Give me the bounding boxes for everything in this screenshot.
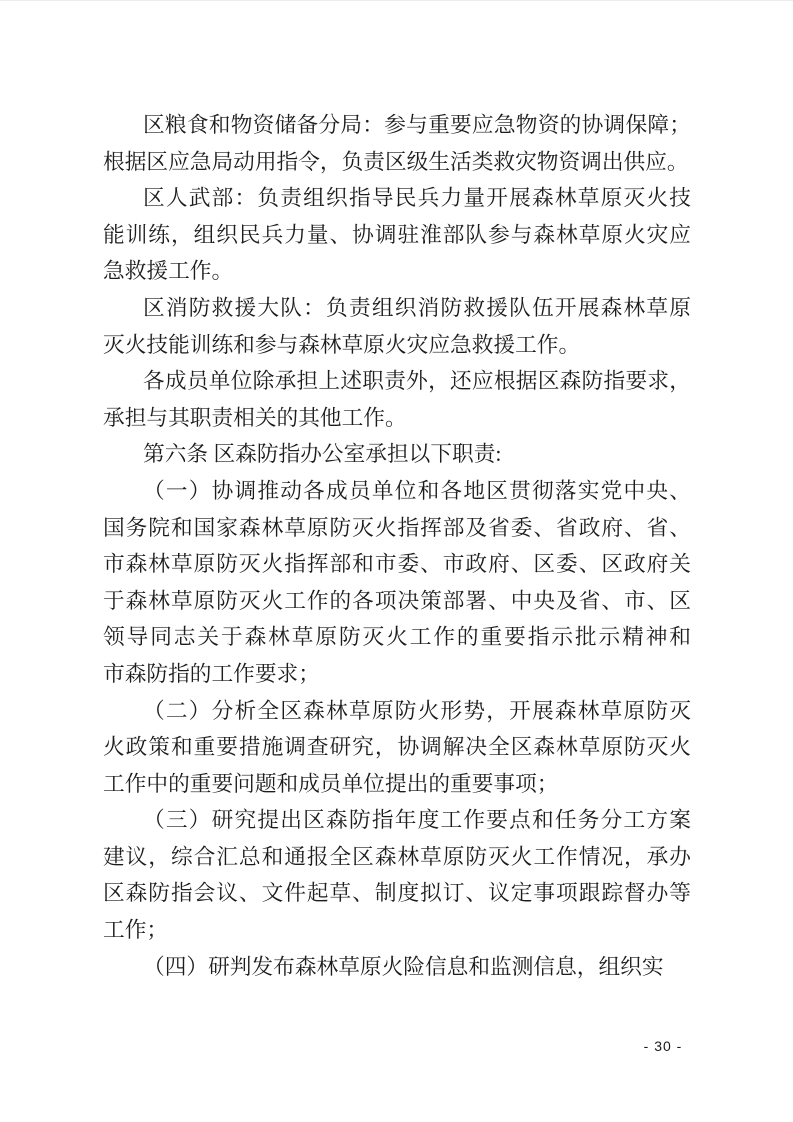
text-line: 领导同志关于森林草原防灭火工作的重要指示批示精神和 bbox=[103, 619, 691, 656]
paragraph: 区粮食和物资储备分局：参与重要应急物资的协调保障；根据区应急局动用指令，负责区级… bbox=[103, 107, 691, 180]
document-page: 区粮食和物资储备分局：参与重要应急物资的协调保障；根据区应急局动用指令，负责区级… bbox=[0, 0, 793, 1122]
paragraph: 各成员单位除承担上述职责外，还应根据区森防指要求，承担与其职责相关的其他工作。 bbox=[103, 363, 691, 436]
text-line: 市森林草原防灭火指挥部和市委、市政府、区委、区政府关 bbox=[103, 546, 691, 583]
text-line: 区森防指会议、文件起草、制度拟订、议定事项跟踪督办等 bbox=[103, 875, 691, 912]
text-line: 能训练，组织民兵力量、协调驻淮部队参与森林草原火灾应 bbox=[103, 217, 691, 254]
text-line: 市森防指的工作要求； bbox=[103, 656, 691, 693]
text-line: 工作； bbox=[103, 912, 691, 949]
text-line: 工作中的重要问题和成员单位提出的重要事项； bbox=[103, 766, 691, 803]
paragraph: 区人武部：负责组织指导民兵力量开展森林草原灭火技能训练，组织民兵力量、协调驻淮部… bbox=[103, 180, 691, 290]
text-line: 国务院和国家森林草原防灭火指挥部及省委、省政府、省、 bbox=[103, 510, 691, 547]
paragraph: 区消防救援大队：负责组织消防救援队伍开展森林草原灭火技能训练和参与森林草原火灾应… bbox=[103, 290, 691, 363]
text-line: 区消防救援大队：负责组织消防救援队伍开展森林草原 bbox=[103, 290, 691, 327]
text-line: 于森林草原防灭火工作的各项决策部署、中央及省、市、区 bbox=[103, 583, 691, 620]
paragraph: （三）研究提出区森防指年度工作要点和任务分工方案建议，综合汇总和通报全区森林草原… bbox=[103, 802, 691, 948]
text-line: 第六条 区森防指办公室承担以下职责: bbox=[103, 436, 691, 473]
text-line: （四）研判发布森林草原火险信息和监测信息，组织实 bbox=[103, 949, 691, 986]
page-number: - 30 - bbox=[613, 1036, 713, 1056]
text-line: 承担与其职责相关的其他工作。 bbox=[103, 400, 691, 437]
paragraph: 第六条 区森防指办公室承担以下职责: bbox=[103, 436, 691, 473]
document-body: 区粮食和物资储备分局：参与重要应急物资的协调保障；根据区应急局动用指令，负责区级… bbox=[103, 107, 691, 985]
scan-edge-line bbox=[0, 0, 793, 1]
text-line: 灭火技能训练和参与森林草原火灾应急救援工作。 bbox=[103, 327, 691, 364]
text-line: （三）研究提出区森防指年度工作要点和任务分工方案 bbox=[103, 802, 691, 839]
text-line: 急救援工作。 bbox=[103, 253, 691, 290]
paragraph: （四）研判发布森林草原火险信息和监测信息，组织实 bbox=[103, 949, 691, 986]
paragraph: （一）协调推动各成员单位和各地区贯彻落实党中央、国务院和国家森林草原防灭火指挥部… bbox=[103, 473, 691, 693]
text-line: 各成员单位除承担上述职责外，还应根据区森防指要求， bbox=[103, 363, 691, 400]
text-line: （二）分析全区森林草原防火形势，开展森林草原防灭 bbox=[103, 693, 691, 730]
text-line: 根据区应急局动用指令，负责区级生活类救灾物资调出供应。 bbox=[103, 144, 691, 181]
text-line: 区人武部：负责组织指导民兵力量开展森林草原灭火技 bbox=[103, 180, 691, 217]
paragraph: （二）分析全区森林草原防火形势，开展森林草原防灭火政策和重要措施调查研究，协调解… bbox=[103, 693, 691, 803]
text-line: （一）协调推动各成员单位和各地区贯彻落实党中央、 bbox=[103, 473, 691, 510]
text-line: 建议，综合汇总和通报全区森林草原防灭火工作情况，承办 bbox=[103, 839, 691, 876]
text-line: 火政策和重要措施调查研究，协调解决全区森林草原防灭火 bbox=[103, 729, 691, 766]
text-line: 区粮食和物资储备分局：参与重要应急物资的协调保障； bbox=[103, 107, 691, 144]
